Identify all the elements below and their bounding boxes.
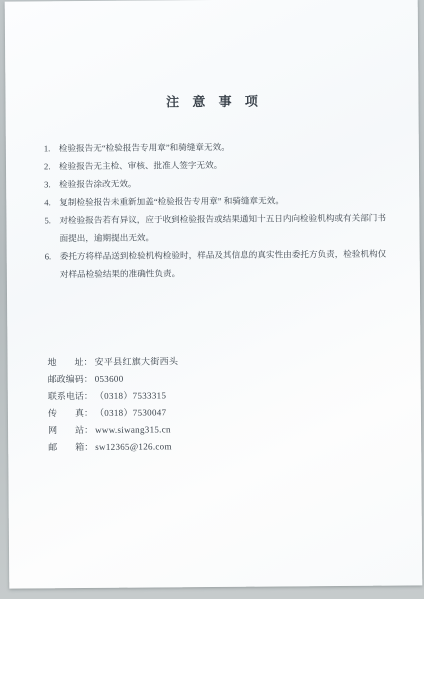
contact-value: sw12365@126.com [95, 438, 172, 456]
contact-value: （0318）7530047 [95, 404, 167, 422]
note-text: 对检验报告若有异议，应于收到检验报告或结果通知十五日内向检验机构或有关部门书面提… [59, 209, 393, 248]
note-number: 5. [44, 211, 59, 247]
contact-value: 053600 [95, 371, 124, 388]
contact-line-email: 邮 箱： sw12365@126.com [48, 436, 421, 456]
paper-sheet: 注 意 事 项 1. 检验报告无“检验报告专用章”和骑缝章无效。 2. 检验报告… [5, 0, 423, 589]
note-number: 4. [44, 193, 59, 211]
contact-label: 网 站： [48, 422, 93, 439]
contact-value: 安平县红旗大街西头 [94, 353, 178, 371]
contact-value: www.siwang315.cn [95, 421, 171, 439]
note-number: 2. [44, 157, 59, 175]
note-item: 5. 对检验报告若有异议，应于收到检验报告或结果通知十五日内向检验机构或有关部门… [44, 209, 393, 248]
contact-label: 联系电话： [48, 388, 93, 405]
contact-label: 地 址： [47, 354, 92, 371]
note-text: 委托方将样品送到检验机构检验时，样品及其信息的真实性由委托方负责，检验机构仅对样… [60, 245, 394, 284]
scanned-page-viewport: 注 意 事 项 1. 检验报告无“检验报告专用章”和骑缝章无效。 2. 检验报告… [0, 0, 424, 700]
contact-value: （0318）7533315 [95, 387, 167, 405]
contact-label: 邮政编码： [48, 371, 93, 388]
contact-block: 地 址： 安平县红旗大街西头 邮政编码： 053600 联系电话： （0318）… [47, 351, 421, 456]
note-number: 6. [45, 247, 60, 283]
notes-list: 1. 检验报告无“检验报告专用章”和骑缝章无效。 2. 检验报告无主检、审核、批… [44, 137, 394, 284]
note-item: 6. 委托方将样品送到检验机构检验时，样品及其信息的真实性由委托方负责，检验机构… [45, 245, 394, 284]
note-number: 1. [44, 139, 59, 157]
note-number: 3. [44, 175, 59, 193]
page-title: 注 意 事 项 [5, 89, 418, 111]
contact-label: 传 真： [48, 405, 93, 422]
scanner-background: 注 意 事 项 1. 检验报告无“检验报告专用章”和骑缝章无效。 2. 检验报告… [0, 0, 424, 599]
contact-label: 邮 箱： [48, 439, 93, 456]
